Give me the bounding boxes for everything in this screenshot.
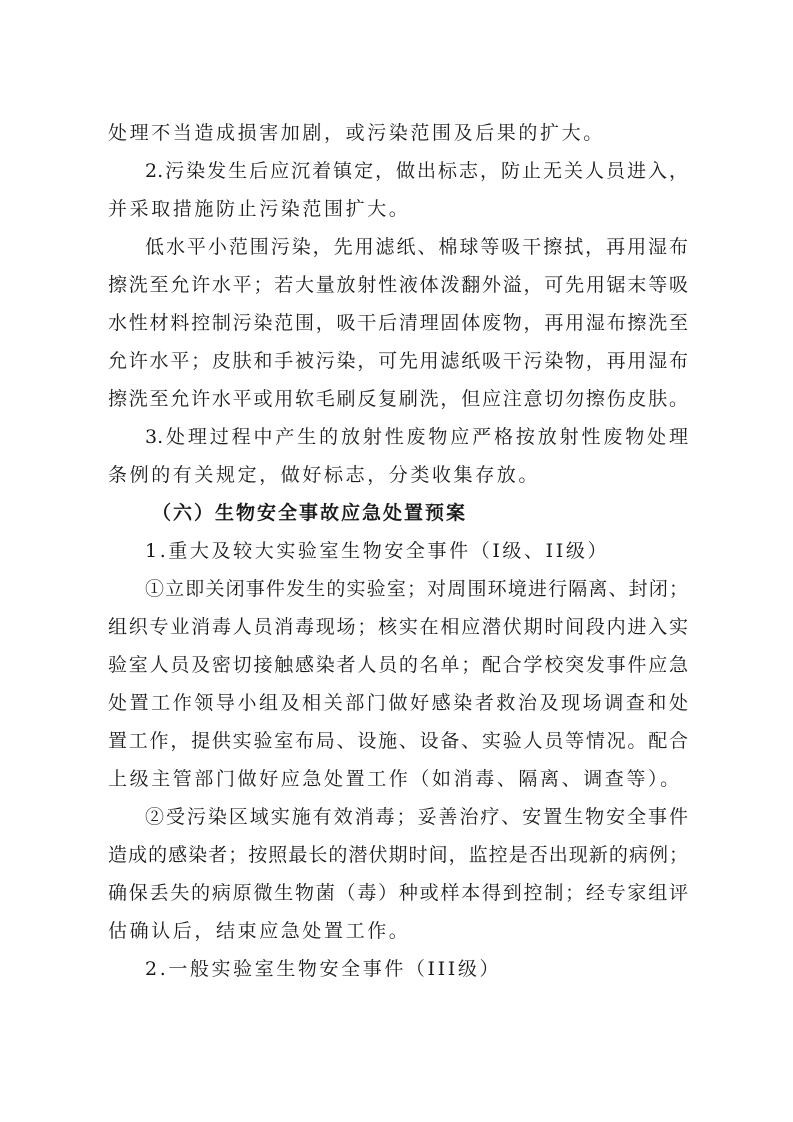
paragraph-line: 擦洗至允许水平或用软毛刷反复刷洗，但应注意切勿擦伤皮肤。	[108, 387, 688, 411]
paragraph-line: 上级主管部门做好应急处置工作（如消毒、隔离、调查等）。	[108, 767, 688, 791]
paragraph-line: 水性材料控制污染范围，吸干后清理固体废物，再用湿布擦洗至	[108, 311, 688, 335]
paragraph-line: 造成的感染者；按照最长的潜伏期时间，监控是否出现新的病例；	[108, 843, 688, 867]
section-heading: （六）生物安全事故应急处置预案	[152, 501, 732, 525]
paragraph-line: 组织专业消毒人员消毒现场；核实在相应潜伏期时间段内进入实	[108, 615, 688, 639]
paragraph-line: 处理不当造成损害加剧，或污染范围及后果的扩大。	[108, 121, 688, 145]
paragraph-line: 并采取措施防止污染范围扩大。	[108, 197, 688, 221]
paragraph-line: 允许水平；皮肤和手被污染，可先用滤纸吸干污染物，再用湿布	[108, 349, 688, 373]
paragraph-line: 3.处理过程中产生的放射性废物应严格按放射性废物处理	[145, 425, 688, 449]
paragraph-line: 估确认后，结束应急处置工作。	[108, 919, 688, 943]
subsection-heading: 1.重大及较大实验室生物安全事件（I级、II级）	[145, 539, 688, 563]
paragraph-line: 擦洗至允许水平；若大量放射性液体泼翻外溢，可先用锯末等吸	[108, 273, 688, 297]
subsection-heading: 2.一般实验室生物安全事件（III级）	[145, 957, 688, 981]
paragraph-line: 处置工作领导小组及相关部门做好感染者救治及现场调查和处	[108, 691, 688, 715]
paragraph-line: 确保丢失的病原微生物菌（毒）种或样本得到控制；经专家组评	[108, 881, 688, 905]
paragraph-line: 低水平小范围污染，先用滤纸、棉球等吸干擦拭，再用湿布	[145, 235, 688, 259]
paragraph-line: ①立即关闭事件发生的实验室；对周围环境进行隔离、封闭；	[145, 577, 688, 601]
paragraph-line: ②受污染区域实施有效消毒；妥善治疗、安置生物安全事件	[145, 805, 688, 829]
paragraph-line: 2.污染发生后应沉着镇定，做出标志，防止无关人员进入，	[145, 159, 688, 183]
paragraph-line: 验室人员及密切接触感染者人员的名单；配合学校突发事件应急	[108, 653, 688, 677]
paragraph-line: 条例的有关规定，做好标志，分类收集存放。	[108, 463, 688, 487]
paragraph-line: 置工作，提供实验室布局、设施、设备、实验人员等情况。配合	[108, 729, 688, 753]
document-page: 处理不当造成损害加剧，或污染范围及后果的扩大。 2.污染发生后应沉着镇定，做出标…	[0, 0, 793, 1122]
